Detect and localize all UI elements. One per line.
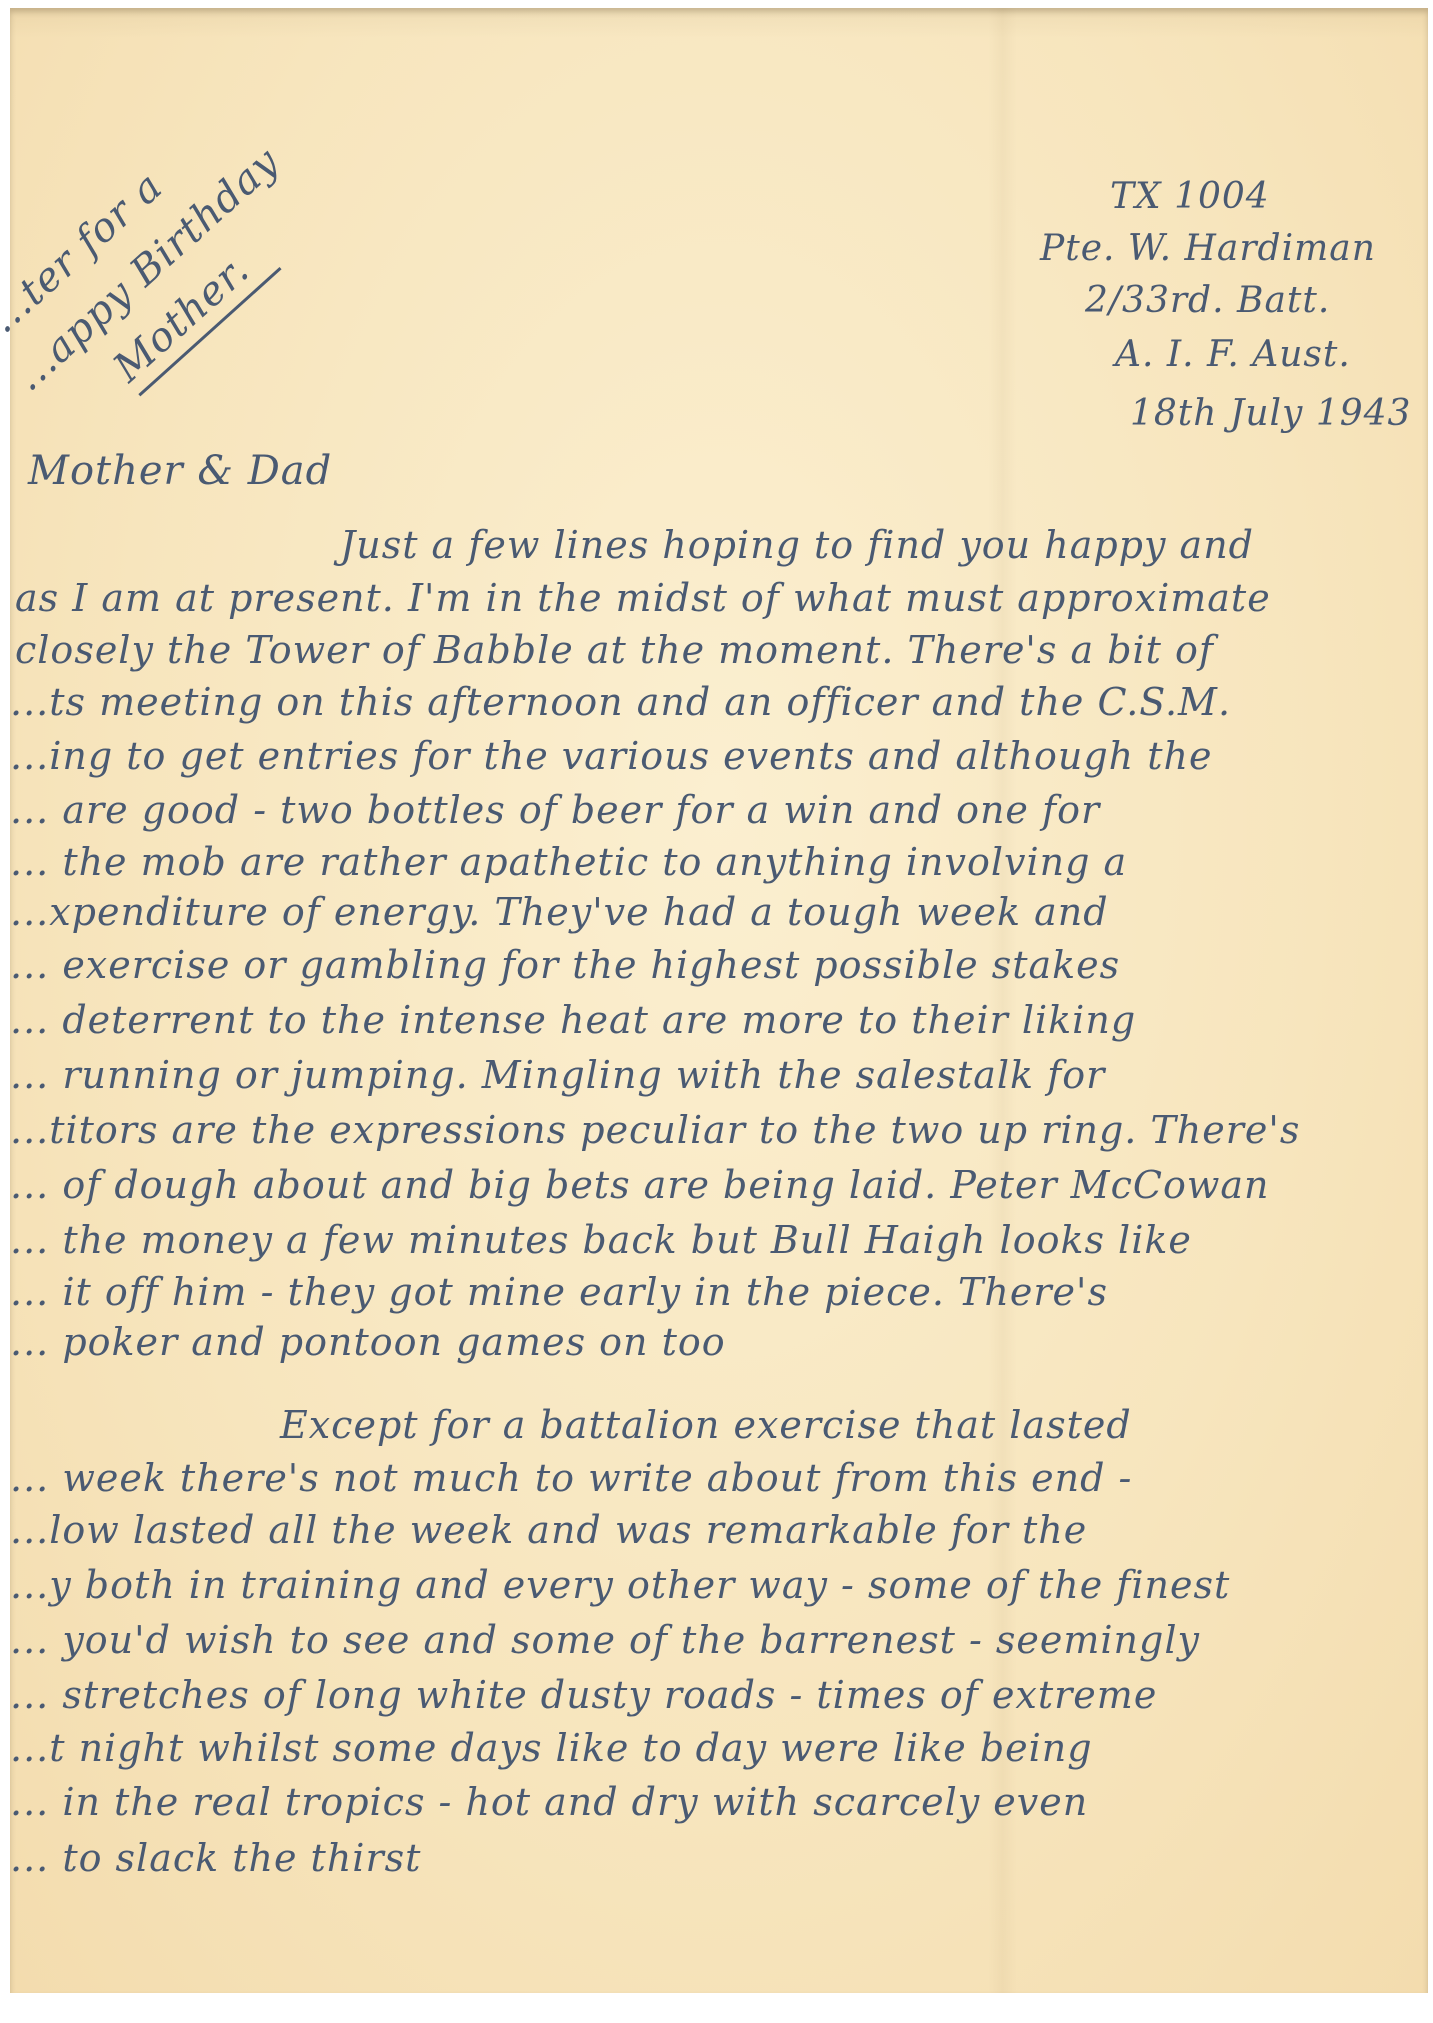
body-line: Just a few lines hoping to find you happ… (340, 523, 1254, 567)
body-line: ...xpenditure of energy. They've had a t… (10, 890, 1109, 934)
body-line: ... of dough about and big bets are bein… (10, 1163, 1269, 1207)
body-line: ... deterrent to the intense heat are mo… (10, 998, 1136, 1042)
body-line: ...low lasted all the week and was remar… (10, 1508, 1087, 1552)
body-line: ... are good - two bottles of beer for a… (10, 788, 1100, 832)
service-number: TX 1004 (1110, 176, 1270, 217)
body-line: ...t night whilst some days like to day … (10, 1726, 1093, 1770)
body-line: ... poker and pontoon games on too (10, 1320, 726, 1364)
body-line: ...y both in training and every other wa… (10, 1563, 1230, 1607)
letter-paper: ...ter for a ...appy Birthday Mother. TX… (10, 8, 1428, 1993)
body-line: ... it off him - they got mine early in … (10, 1270, 1108, 1314)
salutation: Mother & Dad (28, 448, 332, 494)
body-line: ... the money a few minutes back but Bul… (10, 1218, 1192, 1262)
body-line: closely the Tower of Babble at the momen… (15, 628, 1214, 672)
body-line: ... running or jumping. Mingling with th… (10, 1053, 1105, 1097)
body-line: ...ing to get entries for the various ev… (10, 734, 1212, 778)
body-line: ... week there's not much to write about… (10, 1456, 1132, 1500)
body-line: ...titors are the expressions peculiar t… (10, 1108, 1300, 1152)
body-line: ... the mob are rather apathetic to anyt… (10, 840, 1127, 884)
body-line: ... exercise or gambling for the highest… (10, 943, 1120, 987)
body-line: ... stretches of long white dusty roads … (10, 1673, 1157, 1717)
letter-date: 18th July 1943 (1130, 393, 1411, 434)
body-line: ... you'd wish to see and some of the ba… (10, 1618, 1200, 1662)
unit: 2/33rd. Batt. (1085, 280, 1330, 321)
body-line: as I am at present. I'm in the midst of … (15, 576, 1271, 620)
body-line: ... to slack the thirst (10, 1836, 421, 1880)
body-line: Except for a battalion exercise that las… (280, 1403, 1132, 1447)
body-line: ...ts meeting on this afternoon and an o… (10, 680, 1231, 724)
force: A. I. F. Aust. (1115, 334, 1351, 375)
body-line: ... in the real tropics - hot and dry wi… (10, 1780, 1088, 1824)
sender-name: Pte. W. Hardiman (1040, 228, 1376, 269)
